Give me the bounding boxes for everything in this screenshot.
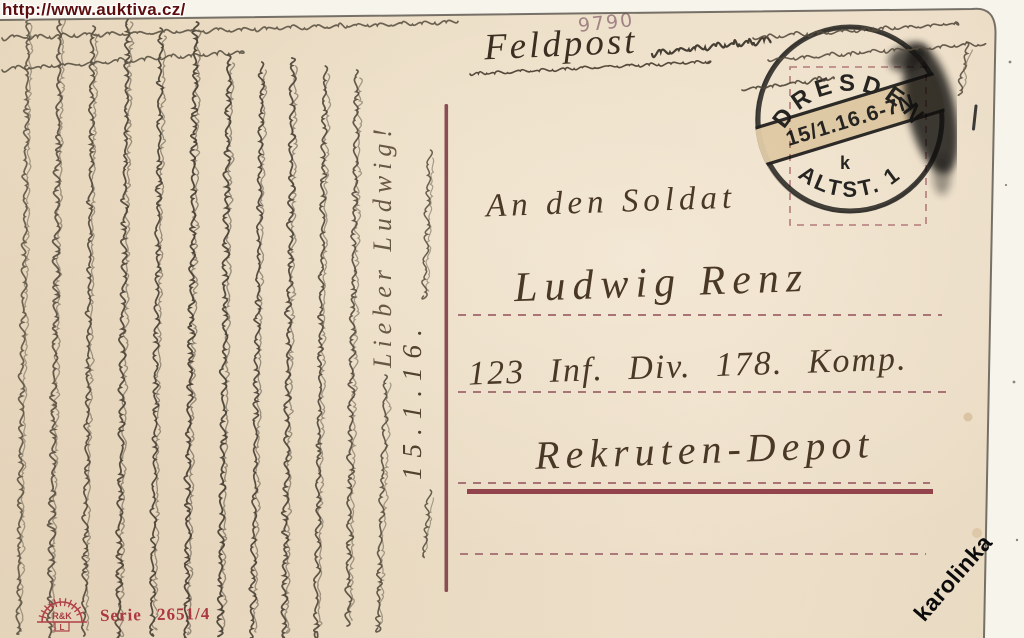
- scanned-postcard-image: 15/1.16.6-7N DRESDEN ALTST. 1 k Feldpost…: [0, 0, 1024, 638]
- scan-speck: [1013, 381, 1016, 384]
- scan-speck: [1009, 61, 1012, 64]
- scanner-background: [0, 0, 1024, 638]
- auction-site-watermark: http://www.auktiva.cz/: [2, 0, 186, 20]
- scan-speck: [1005, 184, 1007, 186]
- scan-edge-layer: [0, 0, 1024, 638]
- scan-speck: [1016, 539, 1018, 541]
- card-edge: [0, 9, 996, 638]
